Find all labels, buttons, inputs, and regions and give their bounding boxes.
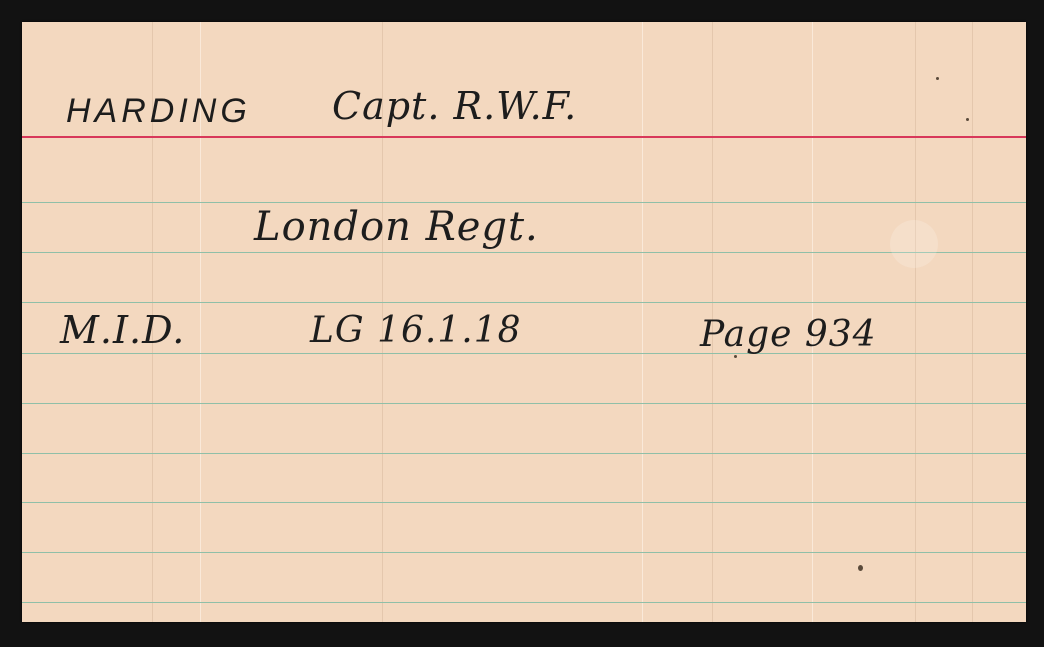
gazette-reference: LG 16.1.18 <box>310 310 522 351</box>
paper-fiber <box>642 22 643 622</box>
ruled-line <box>22 302 1026 303</box>
ruled-line <box>22 252 1026 253</box>
index-card: HARDING Capt. R.W.F. London Regt. M.I.D.… <box>22 22 1026 622</box>
award: M.I.D. <box>60 308 185 352</box>
paper-speck <box>858 565 863 571</box>
paper-stain <box>890 220 938 268</box>
ruled-line <box>22 453 1026 454</box>
paper-speck <box>966 118 969 121</box>
header-rule <box>22 136 1026 138</box>
paper-speck <box>936 77 939 80</box>
paper-speck <box>734 355 737 358</box>
ruled-line <box>22 202 1026 203</box>
surname: HARDING <box>66 92 251 131</box>
attached-unit: London Regt. <box>254 204 539 250</box>
ruled-line <box>22 552 1026 553</box>
ruled-line <box>22 502 1026 503</box>
ruled-line <box>22 403 1026 404</box>
page-reference: Page 934 <box>700 314 877 355</box>
ruled-line <box>22 602 1026 603</box>
paper-fiber <box>915 22 916 622</box>
paper-fiber <box>972 22 973 622</box>
rank-unit: Capt. R.W.F. <box>332 84 577 128</box>
